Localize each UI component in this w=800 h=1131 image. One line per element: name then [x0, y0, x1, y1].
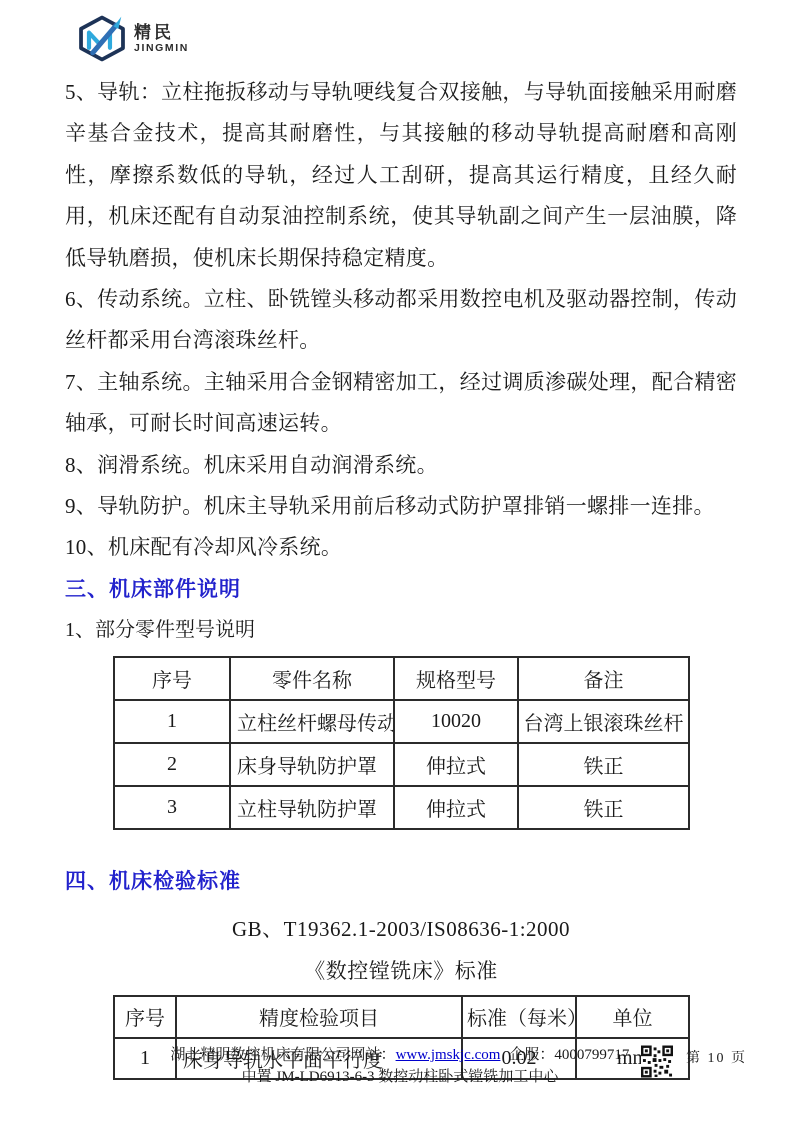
section-heading-parts: 三、机床部件说明	[65, 569, 737, 610]
page-footer: 湖北精明数控机床有限公司网站：www.jmskjc.com企服：40007997…	[0, 1044, 800, 1088]
company-logo: 精民 JINGMIN	[76, 15, 189, 62]
cell-remark: 铁正	[518, 743, 689, 786]
table-row: 2 床身导轨防护罩 伸拉式 铁正	[114, 743, 689, 786]
parts-col-remark: 备注	[518, 657, 689, 700]
spec-paragraph-6: 6、传动系统。立柱、卧铣镗头移动都采用数控电机及驱动器控制，传动丝杆都采用台湾滚…	[65, 279, 737, 362]
cell-name: 床身导轨防护罩	[230, 743, 394, 786]
insp-col-standard: 标准（每米）	[462, 996, 576, 1038]
standard-code-line: GB、T19362.1-2003/IS08636-1:2000	[65, 909, 737, 950]
cell-index: 3	[114, 786, 230, 829]
table-row: 3 立柱导轨防护罩 伸拉式 铁正	[114, 786, 689, 829]
table-row: 1 立柱丝杆螺母传动 10020 台湾上银滚珠丝杆	[114, 700, 689, 743]
spec-paragraph-5: 5、导轨：立柱拖扳移动与导轨哽线复合双接触，与导轨面接触采用耐磨辛基合金技术，提…	[65, 72, 737, 279]
document-body: 5、导轨：立柱拖扳移动与导轨哽线复合双接触，与导轨面接触采用耐磨辛基合金技术，提…	[65, 72, 737, 1080]
spec-paragraph-10: 10、机床配有冷却风冷系统。	[65, 527, 737, 568]
cell-index: 2	[114, 743, 230, 786]
cell-remark: 台湾上银滚珠丝杆	[518, 700, 689, 743]
logo-name-en: JINGMIN	[134, 42, 189, 54]
insp-col-unit: 单位	[576, 996, 689, 1038]
website-link[interactable]: www.jmskjc.com	[396, 1047, 501, 1063]
insp-col-index: 序号	[114, 996, 176, 1038]
logo-hexagon-m-icon	[76, 15, 128, 62]
parts-col-name: 零件名称	[230, 657, 394, 700]
qr-code-image	[641, 1045, 673, 1078]
footer-company-line: 湖北精明数控机床有限公司网站：www.jmskjc.com企服：40007997…	[0, 1044, 800, 1066]
section-heading-inspection: 四、机床检验标准	[65, 861, 737, 902]
cell-model: 伸拉式	[394, 786, 518, 829]
cell-remark: 铁正	[518, 786, 689, 829]
cell-model: 10020	[394, 700, 518, 743]
page-number: 第 10 页	[686, 1047, 747, 1067]
insp-col-item: 精度检验项目	[176, 996, 462, 1038]
spec-paragraph-8: 8、润滑系统。机床采用自动润滑系统。	[65, 445, 737, 486]
footer-site-prefix: 湖北精明数控机床有限公司网站：	[171, 1047, 396, 1063]
logo-text: 精民 JINGMIN	[134, 24, 189, 54]
standard-title-line: 《数控镗铣床》标准	[65, 951, 737, 992]
document-page: 精民 JINGMIN 5、导轨：立柱拖扳移动与导轨哽线复合双接触，与导轨面接触采…	[0, 0, 800, 1131]
cell-name: 立柱丝杆螺母传动	[230, 700, 394, 743]
parts-col-model: 规格型号	[394, 657, 518, 700]
spec-paragraph-7: 7、主轴系统。主轴采用合金钢精密加工，经过调质渗碳处理，配合精密轴承，可耐长时间…	[65, 362, 737, 445]
cell-index: 1	[114, 700, 230, 743]
parts-table-header-row: 序号 零件名称 规格型号 备注	[114, 657, 689, 700]
subheading-part-models: 1、部分零件型号说明	[65, 610, 737, 651]
footer-model-line: 中置 JM-LD6913-6-3 数控动柱卧式镗铣加工中心	[0, 1066, 800, 1088]
cell-model: 伸拉式	[394, 743, 518, 786]
footer-service-phone: 企服：4000799717	[509, 1047, 629, 1063]
parts-table: 序号 零件名称 规格型号 备注 1 立柱丝杆螺母传动 10020 台湾上银滚珠丝…	[113, 656, 690, 830]
parts-col-index: 序号	[114, 657, 230, 700]
cell-name: 立柱导轨防护罩	[230, 786, 394, 829]
inspection-table-header-row: 序号 精度检验项目 标准（每米） 单位	[114, 996, 689, 1038]
logo-name-zh: 精民	[134, 24, 189, 42]
spec-paragraph-9: 9、导轨防护。机床主导轨采用前后移动式防护罩排销一螺排一连排。	[65, 486, 737, 527]
